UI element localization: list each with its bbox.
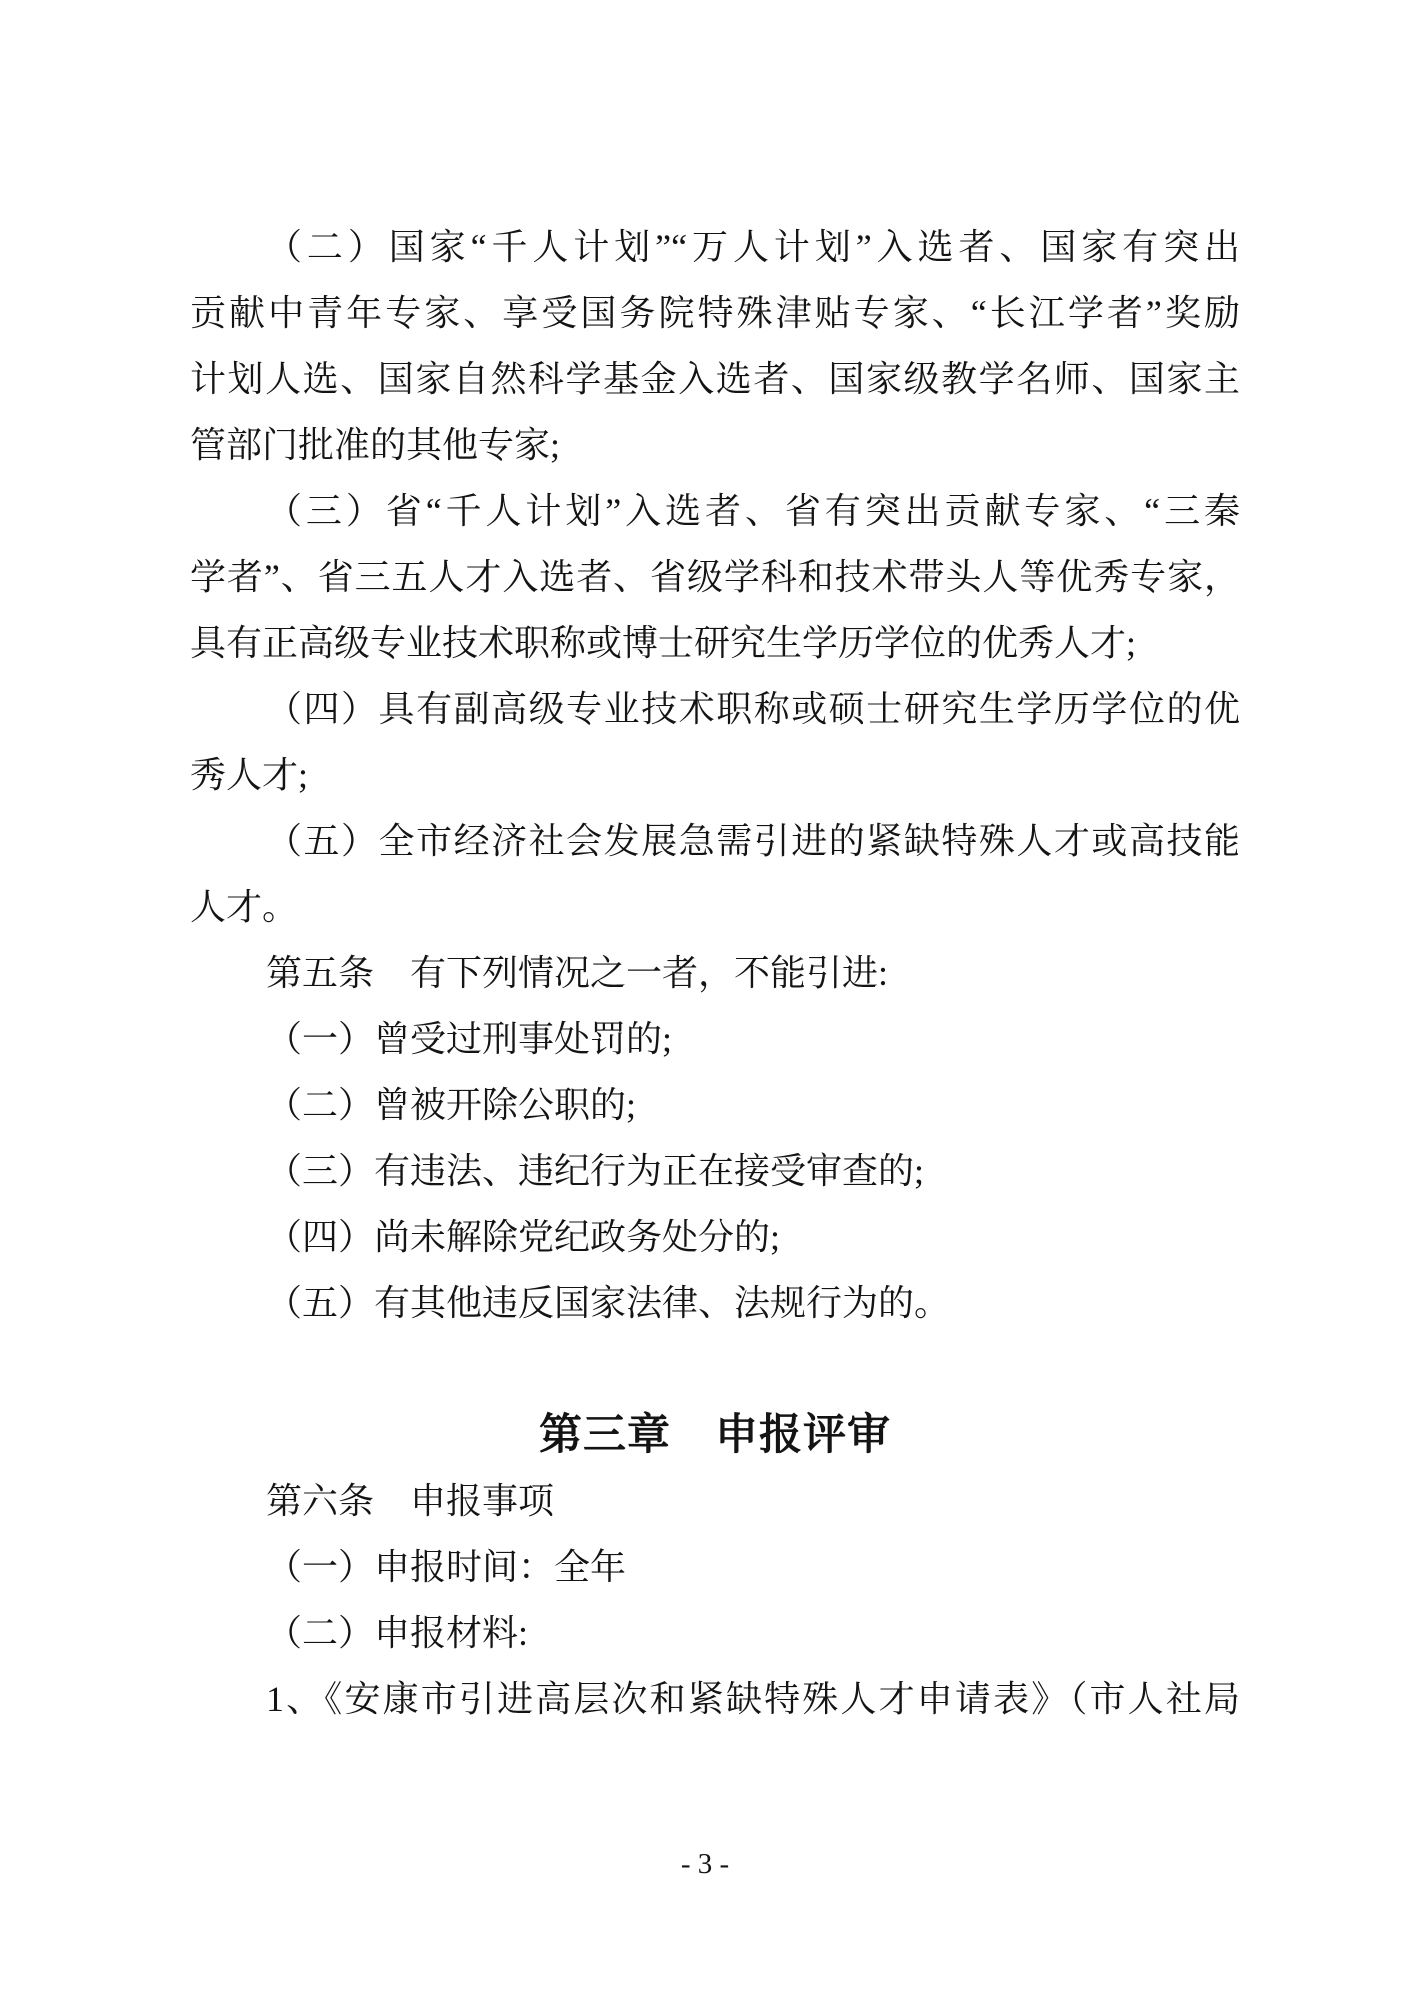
text-line: （一）曾受过刑事处罚的; [190,1006,1240,1072]
document-page: （二）国家“千人计划”“万人计划”入选者、国家有突出贡献中青年专家、享受国务院特… [0,0,1410,1995]
line-spacer [190,1336,1240,1402]
text-line: （一）申报时间：全年 [190,1534,1240,1600]
text-line: （四）尚未解除党纪政务处分的; [190,1204,1240,1270]
text-line: （二）国家“千人计划”“万人计划”入选者、国家有突出 [190,214,1240,280]
text-line: （三）有违法、违纪行为正在接受审查的; [190,1138,1240,1204]
text-line: 具有正高级专业技术职称或博士研究生学历学位的优秀人才; [190,610,1240,676]
text-line: 第六条 申报事项 [190,1468,1240,1534]
text-line: （四）具有副高级专业技术职称或硕士研究生学历学位的优 [190,676,1240,742]
text-line: 第五条 有下列情况之一者，不能引进: [190,940,1240,1006]
section-heading: 第三章 申报评审 [190,1402,1240,1468]
text-line: （五）全市经济社会发展急需引进的紧缺特殊人才或高技能 [190,808,1240,874]
text-line: （五）有其他违反国家法律、法规行为的。 [190,1270,1240,1336]
text-line: （三）省“千人计划”入选者、省有突出贡献专家、“三秦 [190,478,1240,544]
text-line: 人才。 [190,874,1240,940]
text-line: （二）曾被开除公职的; [190,1072,1240,1138]
document-content: （二）国家“千人计划”“万人计划”入选者、国家有突出贡献中青年专家、享受国务院特… [190,214,1240,1732]
text-line: （二）申报材料: [190,1600,1240,1666]
page-number: - 3 - [0,1844,1410,1884]
text-line: 1、《安康市引进高层次和紧缺特殊人才申请表》（市人社局 [190,1666,1240,1732]
text-line: 计划人选、国家自然科学基金入选者、国家级教学名师、国家主 [190,346,1240,412]
text-line: 管部门批准的其他专家; [190,412,1240,478]
text-line: 秀人才; [190,742,1240,808]
text-line: 贡献中青年专家、享受国务院特殊津贴专家、“长江学者”奖励 [190,280,1240,346]
text-line: 学者”、省三五人才入选者、省级学科和技术带头人等优秀专家， [190,544,1240,610]
